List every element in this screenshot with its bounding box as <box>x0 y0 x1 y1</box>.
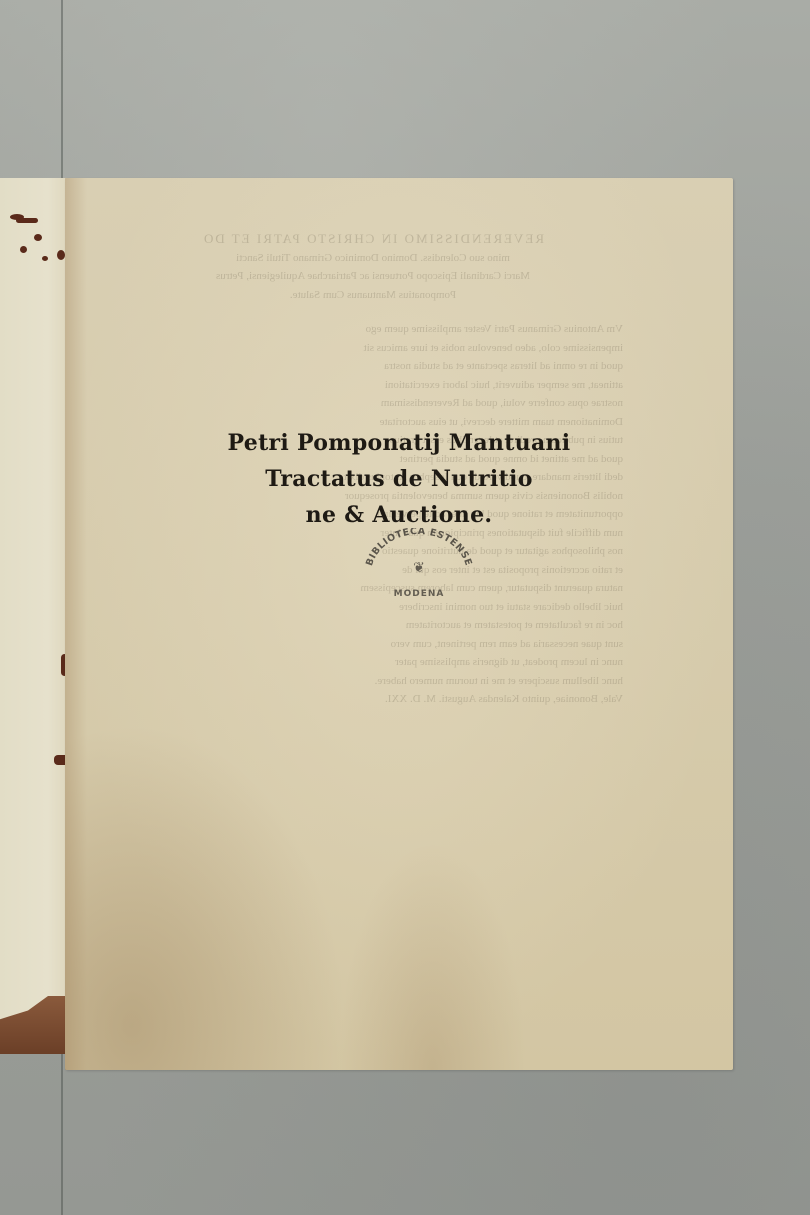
show-through-heading: REVERENDISSIMO IN CHRISTO PATRI ET DO <box>123 230 623 249</box>
stain-spot <box>16 218 38 223</box>
show-through-line: nunc in lucem prodeat, ut digneris ampli… <box>123 653 623 672</box>
show-through-line: Vm Antonius Grimanus Patri Vester amplis… <box>123 320 623 339</box>
show-through-subline: Pomponatius Mantuanus Cum Salute. <box>123 286 623 305</box>
show-through-line: impensissime colo, adeo benevolus nobis … <box>123 339 623 358</box>
show-through-line: Vale, Bononiae, quinto Kalendas Augusti.… <box>123 690 623 709</box>
show-through-subline: mino suo Colendiss. Domino Dominico Grim… <box>123 249 623 268</box>
show-through-line: hunc libellum suscipere et me in tuorum … <box>123 672 623 691</box>
title-block: Petri Pomponatij Mantuani Tractatus de N… <box>65 425 733 533</box>
title-line-1: Petri Pomponatij Mantuani <box>65 425 733 461</box>
stain-spot <box>42 256 48 261</box>
title-line-2: Tractatus de Nutritio <box>65 461 733 497</box>
show-through-subline: Marci Cardinali Episcopo Portuensi ac Pa… <box>123 267 623 286</box>
show-through-line: huic libello dedicare statui et tuo nomi… <box>123 598 623 617</box>
stamp-icon: BIBLIOTECA ESTENSE ❦ MODENA <box>357 528 481 600</box>
stain-spot <box>20 246 27 253</box>
show-through-line: nostrae opus conferre volui, quod ad Rev… <box>123 394 623 413</box>
show-through-line: hoc in re facultatem et potestatem et au… <box>123 616 623 635</box>
show-through-line: sunt quae necessaria ad eam rem pertinen… <box>123 635 623 654</box>
show-through-line: quod in re omni ad literas spectante et … <box>123 357 623 376</box>
book-page: REVERENDISSIMO IN CHRISTO PATRI ET DO mi… <box>65 178 733 1070</box>
library-stamp: BIBLIOTECA ESTENSE ❦ MODENA <box>357 528 481 600</box>
show-through-line: attineat, me semper adiuverit, huic labo… <box>123 376 623 395</box>
stamp-bottom-text: MODENA <box>394 589 445 599</box>
page-gutter-shadow <box>65 178 87 1070</box>
svg-text:❦: ❦ <box>413 560 425 576</box>
stain-spot <box>57 250 65 260</box>
stain-spot <box>34 234 42 241</box>
